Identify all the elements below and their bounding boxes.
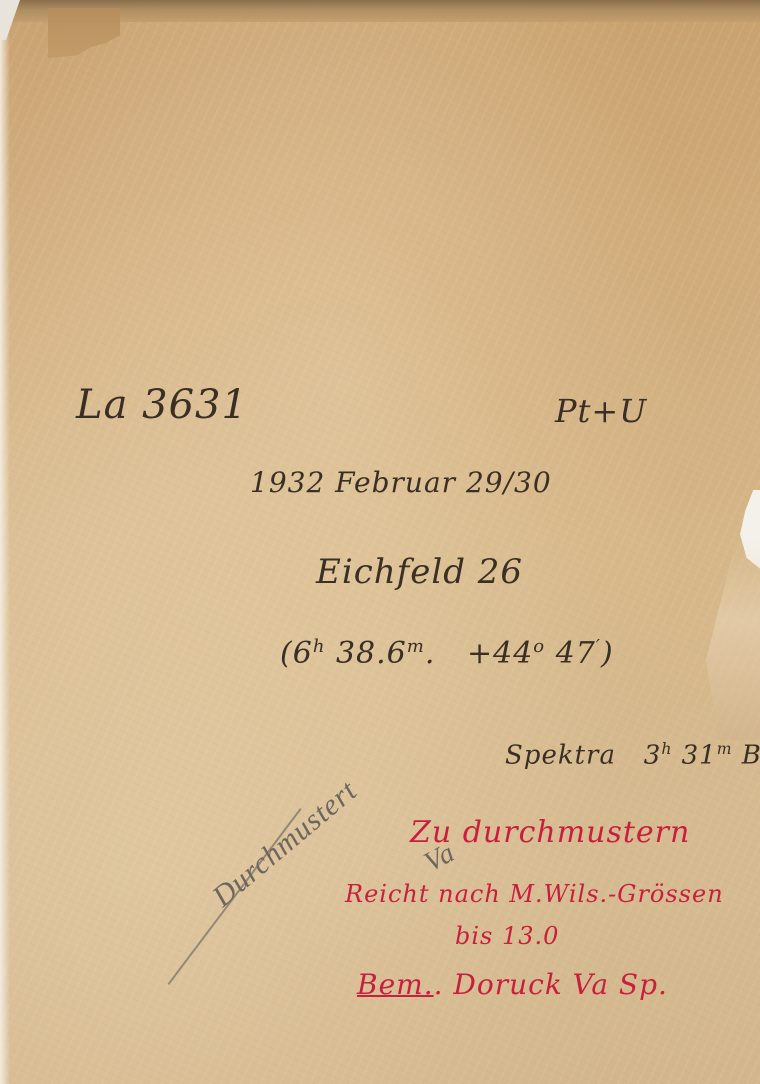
catalog-number: La 3631: [76, 382, 248, 428]
pencil-diagonal-note: Durchmustert: [206, 774, 364, 914]
red-note-line-4-rest: . Doruck Va Sp.: [434, 968, 668, 1001]
exposure-suffix: Bel.: [742, 741, 760, 771]
red-note-line-1: Zu durchmustern: [410, 815, 690, 850]
dec-degrees: +44: [467, 636, 533, 671]
torn-tape-corner: [48, 8, 120, 58]
observation-date-text: 1932 Februar 29/30: [250, 466, 552, 499]
marking-right: Pt+U: [555, 392, 647, 430]
red-note-line-4: Bem.. Doruck Va Sp.: [357, 968, 668, 1001]
red-note-line-1-text: Zu durchmustern: [410, 815, 690, 850]
dec-degrees-unit: o: [533, 636, 545, 657]
observation-date: 1932 Februar 29/30: [250, 466, 552, 499]
exposure-note: Spektra 3h 31m Bel.: [505, 740, 760, 771]
catalog-number-text: La 3631: [76, 382, 248, 428]
right-edge-crease: [700, 540, 760, 740]
red-note-remark-label: Bem.: [357, 968, 434, 1001]
ra-minutes: 38.6: [336, 636, 407, 671]
field-name-text: Eichfeld 26: [316, 552, 523, 592]
red-note-line-3-text: bis 13.0: [455, 922, 559, 950]
exposure-minutes-unit: m: [717, 740, 733, 758]
ra-minutes-unit: m: [407, 636, 425, 657]
field-name: Eichfeld 26: [316, 552, 523, 592]
pencil-diagonal-text: Durchmustert: [206, 774, 363, 913]
exposure-hours: 3: [644, 741, 662, 771]
ra-hours-unit: h: [313, 636, 326, 657]
left-edge-highlight: [0, 0, 10, 1084]
dec-minutes: 47: [556, 636, 596, 671]
red-note-line-2-text: Reicht nach M.Wils.-Grössen: [345, 880, 724, 908]
red-note-line-2: Reicht nach M.Wils.-Grössen: [345, 880, 724, 908]
ra-hours: 6: [293, 636, 313, 671]
coordinates: (6h 38.6m. +44o 47′): [280, 636, 614, 671]
envelope: La 3631 Pt+U 1932 Februar 29/30 Eichfeld…: [0, 0, 760, 1084]
paper-texture: [0, 0, 760, 1084]
dec-minutes-unit: ′: [596, 636, 601, 657]
red-note-line-3: bis 13.0: [455, 922, 559, 950]
exposure-label: Spektra: [505, 741, 616, 771]
marking-right-text: Pt+U: [555, 392, 647, 430]
exposure-minutes: 31: [682, 741, 717, 771]
exposure-hours-unit: h: [661, 740, 672, 758]
